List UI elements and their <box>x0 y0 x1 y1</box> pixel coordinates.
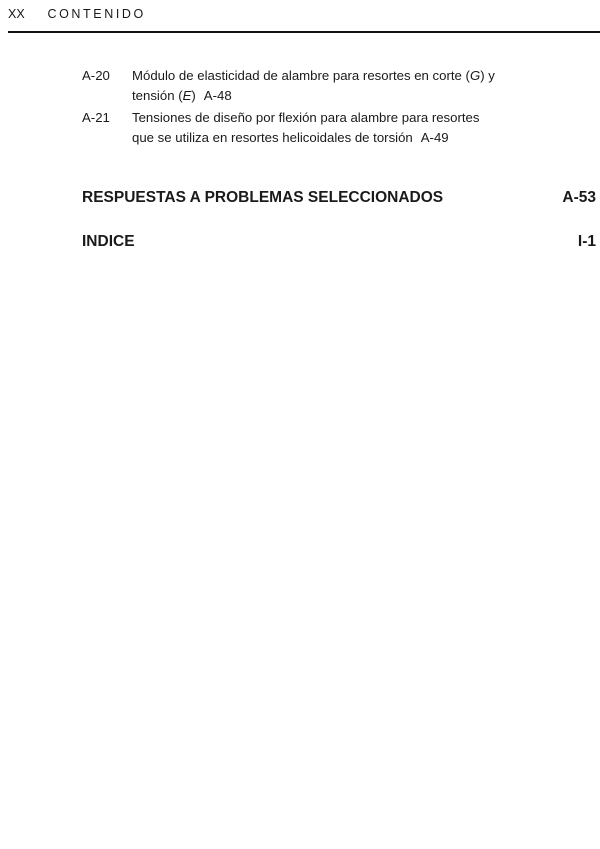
entry-text-line2: que se utiliza en resortes helicoidales … <box>132 128 522 148</box>
toc-section-indice[interactable]: INDICE I-1 <box>82 233 596 251</box>
entry-text: Módulo de elasticidad de alambre para re… <box>132 66 522 86</box>
toc-entry-a20[interactable]: A-20 Módulo de elasticidad de alambre pa… <box>82 66 522 106</box>
section-page: I-1 <box>578 233 596 251</box>
entry-text: Tensiones de diseño por flexión para ala… <box>132 108 522 128</box>
section-page: A-53 <box>562 189 596 207</box>
section-title: INDICE <box>82 233 135 251</box>
entry-number: A-20 <box>82 66 110 86</box>
header-rule <box>8 31 600 33</box>
section-title: RESPUESTAS A PROBLEMAS SELECCIONADOS <box>82 189 443 207</box>
entry-number: A-21 <box>82 108 110 128</box>
header-title: CONTENIDO <box>47 7 145 21</box>
page-number: XX <box>8 7 44 21</box>
entry-text-line2: tensión (E)A-48 <box>132 86 522 106</box>
toc-entry-a21[interactable]: A-21 Tensiones de diseño por flexión par… <box>82 108 522 148</box>
running-header: XX CONTENIDO <box>8 7 146 21</box>
entry-page: A-48 <box>204 88 232 103</box>
entry-page: A-49 <box>421 130 449 145</box>
toc-section-respuestas[interactable]: RESPUESTAS A PROBLEMAS SELECCIONADOS A-5… <box>82 189 596 207</box>
